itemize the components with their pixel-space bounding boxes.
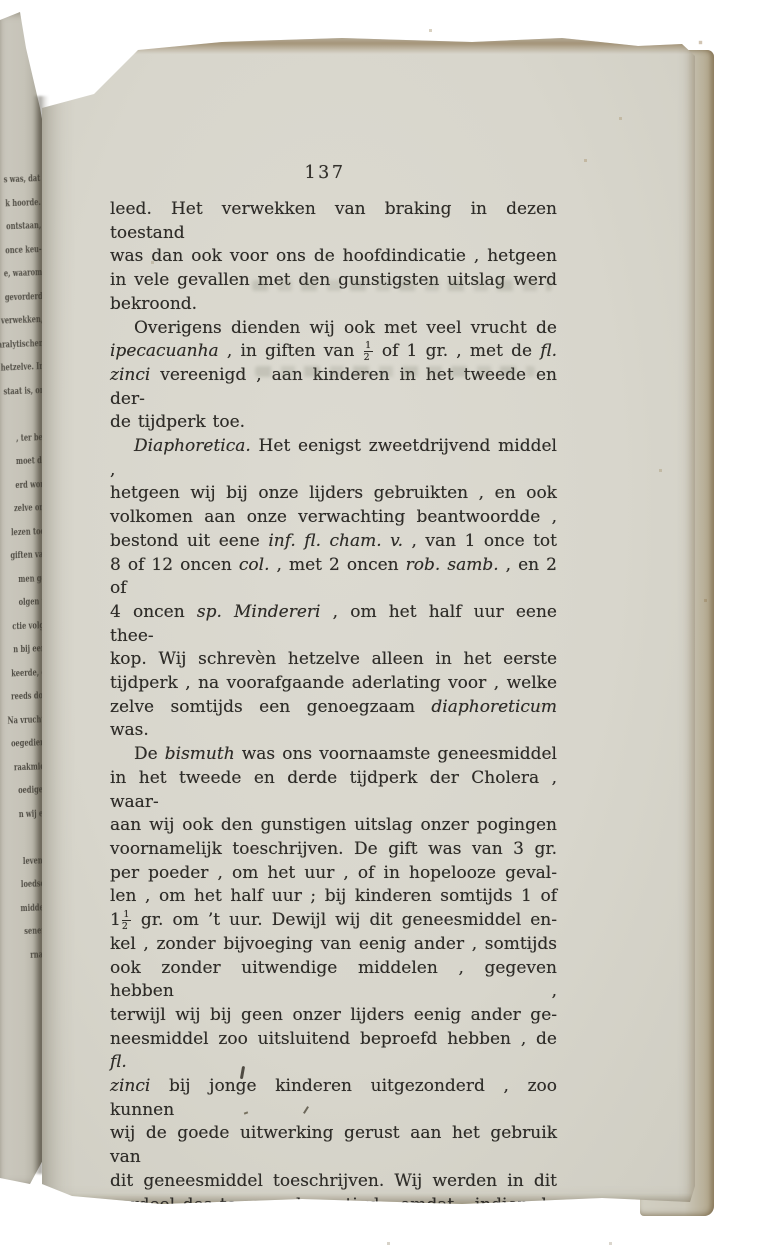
text-line: oordeel des te meer bevestigd , omdat , … xyxy=(110,1194,557,1218)
text-line: bekroond. xyxy=(110,293,557,317)
italic-text-segment: col. xyxy=(239,555,270,575)
text-line: bestond uit eene inf. fl. cham. v. , van… xyxy=(110,530,557,554)
book-scan-photo: s was, datk hoorde.ontstaan,once keu-e, … xyxy=(0,0,758,1260)
text-line: Diaphoretica. Het eenigst zweetdrijvend … xyxy=(110,435,557,482)
text-segment: was ons voornaamste geneesmiddel xyxy=(235,744,557,764)
text-line: wij de goede uitwerking gerust aan het g… xyxy=(110,1122,557,1169)
text-line: 112 gr. om ’t uur. Dewijl wij dit genees… xyxy=(110,909,557,933)
text-segment: bestond uit eene xyxy=(110,531,268,551)
text-line: volkomen aan onze verwachting beantwoord… xyxy=(110,506,557,530)
text-segment: was dan ook voor ons de hoofdindicatie ,… xyxy=(110,246,557,266)
text-block: leed. Het verwekken van braking in dezen… xyxy=(110,198,557,1217)
text-segment: bij jonge kinderen uitgezonderd , zoo ku… xyxy=(110,1076,557,1120)
text-segment: dit geneesmiddel toeschrijven. Wij werde… xyxy=(110,1171,557,1191)
text-segment: ook zonder uitwendige middelen , gegeven… xyxy=(110,958,557,1002)
text-segment: volkomen aan onze verwachting beantwoord… xyxy=(110,507,557,527)
text-segment: wij de goede uitwerking gerust aan het g… xyxy=(110,1123,557,1167)
text-line: neesmiddel zoo uitsluitend beproefd hebb… xyxy=(110,1028,557,1075)
text-segment: tijdperk , na voorafgaande aderlating vo… xyxy=(110,673,557,693)
text-line: kel , zonder bijvoeging van eenig ander … xyxy=(110,933,557,957)
text-segment: voornamelijk toeschrijven. De gift was v… xyxy=(110,839,557,859)
text-segment: kel , zonder bijvoeging van eenig ander … xyxy=(110,934,557,954)
text-segment: per poeder , om het uur , of in hopelooz… xyxy=(110,863,557,883)
text-line: tijdperk , na voorafgaande aderlating vo… xyxy=(110,672,557,696)
text-line: terwijl wij bij geen onzer lijders eenig… xyxy=(110,1004,557,1028)
italic-text-segment: inf. fl. cham. v. xyxy=(268,531,403,551)
text-line: Overigens dienden wij ook met veel vruch… xyxy=(110,317,557,341)
text-line: was dan ook voor ons de hoofdindicatie ,… xyxy=(110,245,557,269)
fraction-one-half: 12 xyxy=(364,341,373,363)
text-segment: was. xyxy=(110,720,149,740)
italic-text-segment: fl. xyxy=(110,1052,127,1072)
italic-text-segment: zinci xyxy=(110,1076,150,1096)
text-line: kop. Wij schrevèn hetzelve alleen in het… xyxy=(110,648,557,672)
italic-text-segment: bismuth xyxy=(165,744,235,764)
text-line: De bismuth was ons voornaamste geneesmid… xyxy=(110,743,557,767)
page-top-toned-edge xyxy=(42,36,695,54)
text-segment: terwijl wij bij geen onzer lijders eenig… xyxy=(110,1005,557,1025)
italic-text-segment: zinci xyxy=(110,365,150,385)
text-line: dit geneesmiddel toeschrijven. Wij werde… xyxy=(110,1170,557,1194)
text-segment: aan wij ook den gunstigen uitslag onzer … xyxy=(110,815,557,835)
showthrough-smudge xyxy=(255,366,535,377)
text-segment: de tijdperk toe. xyxy=(110,412,245,432)
fraction-one-half: 12 xyxy=(122,910,131,932)
italic-text-segment: Diaphoretica. xyxy=(134,436,251,456)
text-line: in het tweede en derde tijdperk der Chol… xyxy=(110,767,557,814)
text-segment: , van 1 once tot xyxy=(403,531,557,551)
text-segment: gr. om ’t uur. Dewijl wij dit geneesmidd… xyxy=(132,910,557,930)
text-line: de tijdperk toe. xyxy=(110,411,557,435)
text-line: hetgeen wij bij onze lijders gebruikten … xyxy=(110,482,557,506)
text-segment: bekroond. xyxy=(110,294,197,314)
text-line: aan wij ook den gunstigen uitslag onzer … xyxy=(110,814,557,838)
text-segment: in het tweede en derde tijdperk der Chol… xyxy=(110,768,557,812)
text-line: leed. Het verwekken van braking in dezen… xyxy=(110,198,557,245)
italic-text-segment: ipecacuanha xyxy=(110,341,219,361)
text-segment: Overigens dienden wij ook met veel vruch… xyxy=(134,318,557,338)
page-number: 137 xyxy=(110,163,540,183)
paper-specks xyxy=(0,0,1,1)
text-line: voornamelijk toeschrijven. De gift was v… xyxy=(110,838,557,862)
text-line: 8 of 12 oncen col. , met 2 oncen rob. sa… xyxy=(110,554,557,601)
text-line: 4 oncen sp. Mindereri , om het half uur … xyxy=(110,601,557,648)
text-segment: , in giften van xyxy=(219,341,363,361)
italic-text-segment: rob. samb. xyxy=(406,555,499,575)
text-segment: 1 xyxy=(110,910,121,930)
showthrough-smudge xyxy=(252,280,552,291)
text-segment: zelve somtijds een genoegzaam xyxy=(110,697,431,717)
text-segment: kop. Wij schrevèn hetzelve alleen in het… xyxy=(110,649,557,669)
text-segment: 8 of 12 oncen xyxy=(110,555,239,575)
text-segment: 4 oncen xyxy=(110,602,197,622)
text-segment: hetgeen wij bij onze lijders gebruikten … xyxy=(110,483,557,503)
text-segment: , met 2 oncen xyxy=(269,555,405,575)
text-segment: oordeel des te meer bevestigd , omdat , … xyxy=(110,1195,557,1215)
italic-text-segment: sp. Mindereri xyxy=(197,602,321,622)
italic-text-segment: fl. xyxy=(540,341,557,361)
text-line: ook zonder uitwendige middelen , gegeven… xyxy=(110,957,557,1004)
text-segment: De xyxy=(134,744,165,764)
text-segment: neesmiddel zoo uitsluitend beproefd hebb… xyxy=(110,1029,557,1049)
text-segment: len , om het half uur ; bij kinderen som… xyxy=(110,886,557,906)
text-line: ipecacuanha , in giften van 12 of 1 gr. … xyxy=(110,340,557,364)
text-line: len , om het half uur ; bij kinderen som… xyxy=(110,885,557,909)
text-line: per poeder , om het uur , of in hopelooz… xyxy=(110,862,557,886)
text-line: zelve somtijds een genoegzaam diaphoreti… xyxy=(110,696,557,743)
text-segment: of 1 gr. , met de xyxy=(374,341,541,361)
italic-text-segment: diaphoreticum xyxy=(431,697,557,717)
book-page: 137 leed. Het verwekken van braking in d… xyxy=(42,36,695,1206)
text-line: zinci bij jonge kinderen uitgezonderd , … xyxy=(110,1075,557,1122)
text-segment: leed. Het verwekken van braking in dezen… xyxy=(110,199,557,243)
